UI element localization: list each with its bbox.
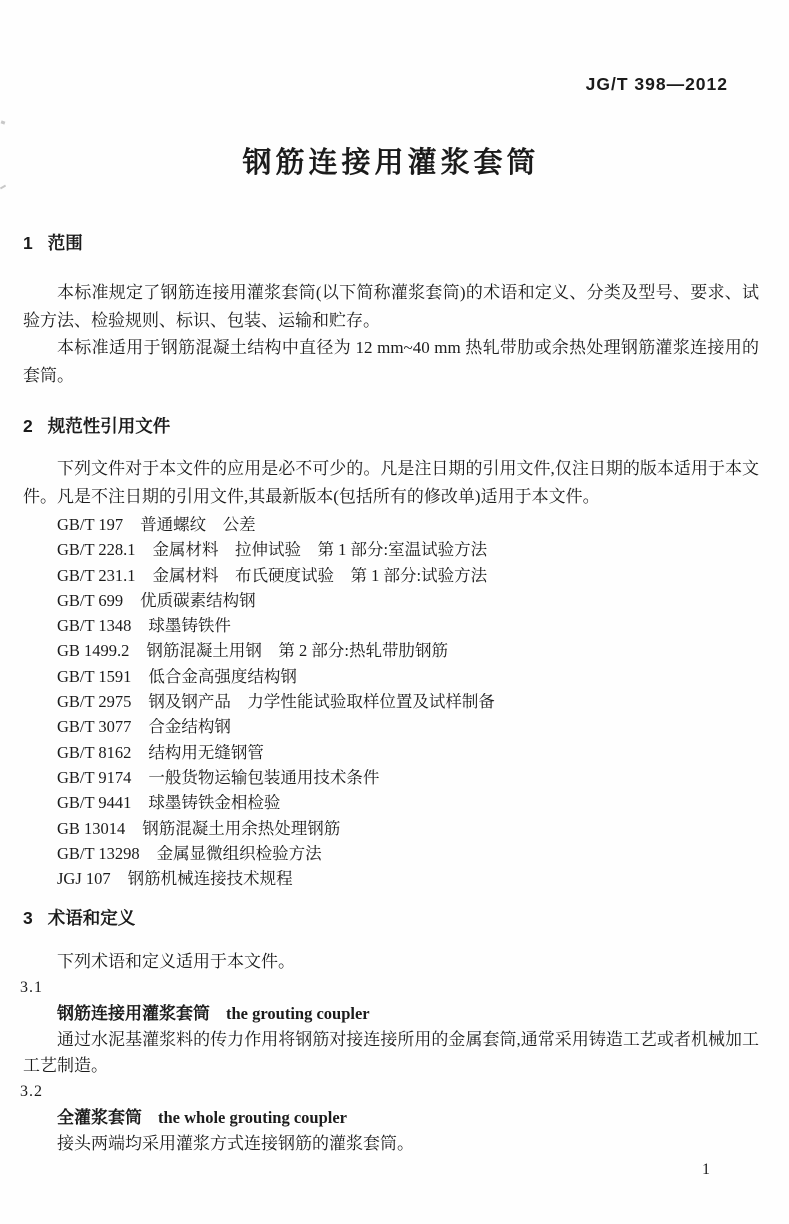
document-title: 钢筋连接用灌浆套筒: [23, 142, 759, 184]
reference-code: GB 13014: [57, 819, 125, 838]
section-terms-definitions: 3术语和定义 下列术语和定义适用于本文件。 3.1 钢筋连接用灌浆套筒the g…: [23, 907, 759, 1157]
page-number: 1: [23, 1157, 759, 1183]
section-number: 1: [23, 233, 33, 253]
section-title: 术语和定义: [48, 908, 136, 928]
reference-item: GB/T 2975钢及钢产品 力学性能试验取样位置及试样制备: [23, 689, 759, 714]
reference-item: GB/T 8162结构用无缝钢管: [23, 740, 759, 765]
term-line: 全灌浆套筒the whole grouting coupler: [23, 1105, 759, 1131]
section-heading-scope: 1范围: [23, 232, 759, 254]
scan-artifact: [1, 120, 6, 124]
reference-item: GB/T 1348球墨铸铁件: [23, 613, 759, 638]
section-scope: 1范围 本标准规定了钢筋连接用灌浆套筒(以下简称灌浆套筒)的术语和定义、分类及型…: [23, 232, 759, 389]
reference-item: GB/T 228.1金属材料 拉伸试验 第 1 部分:室温试验方法: [23, 537, 759, 562]
reference-code: GB/T 2975: [57, 692, 131, 711]
reference-code: GB/T 699: [57, 591, 123, 610]
term-number: 3.1: [20, 975, 759, 1001]
section-number: 2: [23, 416, 33, 436]
reference-title: 金属材料 拉伸试验 第 1 部分:室温试验方法: [153, 540, 488, 559]
reference-code: GB/T 1348: [57, 616, 131, 635]
scope-paragraph-2: 本标准适用于钢筋混凝土结构中直径为 12 mm~40 mm 热轧带肋或余热处理钢…: [23, 334, 759, 389]
reference-title: 普通螺纹 公差: [140, 515, 256, 534]
reference-title: 金属材料 布氏硬度试验 第 1 部分:试验方法: [153, 566, 488, 585]
reference-item: GB 1499.2钢筋混凝土用钢 第 2 部分:热轧带肋钢筋: [23, 638, 759, 663]
reference-title: 合金结构钢: [148, 717, 231, 736]
reference-item: GB/T 9441球墨铸铁金相检验: [23, 790, 759, 815]
scan-artifact: [0, 185, 6, 190]
reference-item: GB/T 9174一般货物运输包装通用技术条件: [23, 765, 759, 790]
reference-title: 球墨铸铁金相检验: [148, 793, 280, 812]
scope-paragraph-1: 本标准规定了钢筋连接用灌浆套筒(以下简称灌浆套筒)的术语和定义、分类及型号、要求…: [23, 279, 759, 334]
reference-title: 金属显微组织检验方法: [157, 844, 322, 863]
document-page: JG/T 398—2012 钢筋连接用灌浆套筒 1范围 本标准规定了钢筋连接用灌…: [0, 0, 789, 1224]
reference-code: GB/T 9174: [57, 768, 131, 787]
reference-code: GB/T 9441: [57, 793, 131, 812]
reference-title: 钢筋混凝土用余热处理钢筋: [142, 819, 340, 838]
section-heading-terms: 3术语和定义: [23, 907, 759, 929]
reference-title: 钢及钢产品 力学性能试验取样位置及试样制备: [148, 692, 495, 711]
term-english: the whole grouting coupler: [158, 1108, 347, 1127]
reference-title: 结构用无缝钢管: [148, 743, 264, 762]
term-chinese: 钢筋连接用灌浆套筒: [57, 1004, 210, 1023]
section-title: 范围: [48, 233, 83, 253]
section-normative-references: 2规范性引用文件 下列文件对于本文件的应用是必不可少的。凡是注日期的引用文件,仅…: [23, 415, 759, 891]
reference-code: GB/T 231.1: [57, 566, 136, 585]
term-entry: 3.1 钢筋连接用灌浆套筒the grouting coupler 通过水泥基灌…: [23, 975, 759, 1079]
term-entry: 3.2 全灌浆套筒the whole grouting coupler 接头两端…: [23, 1079, 759, 1157]
reference-item: GB/T 231.1金属材料 布氏硬度试验 第 1 部分:试验方法: [23, 563, 759, 588]
reference-item: GB/T 1591低合金高强度结构钢: [23, 664, 759, 689]
term-definition: 接头两端均采用灌浆方式连接钢筋的灌浆套筒。: [23, 1131, 759, 1157]
standard-code: JG/T 398—2012: [23, 74, 759, 94]
reference-title: 低合金高强度结构钢: [148, 667, 297, 686]
reference-item: GB 13014钢筋混凝土用余热处理钢筋: [23, 816, 759, 841]
reference-code: JGJ 107: [57, 869, 111, 888]
reference-title: 钢筋混凝土用钢 第 2 部分:热轧带肋钢筋: [146, 641, 448, 660]
reference-item: GB/T 13298金属显微组织检验方法: [23, 841, 759, 866]
reference-title: 优质碳素结构钢: [140, 591, 256, 610]
terms-intro: 下列术语和定义适用于本文件。: [23, 949, 759, 975]
reference-code: GB/T 228.1: [57, 540, 136, 559]
reference-item: GB/T 699优质碳素结构钢: [23, 588, 759, 613]
term-line: 钢筋连接用灌浆套筒the grouting coupler: [23, 1001, 759, 1027]
section-heading-references: 2规范性引用文件: [23, 415, 759, 437]
reference-code: GB/T 3077: [57, 717, 131, 736]
term-english: the grouting coupler: [226, 1004, 370, 1023]
term-number: 3.2: [20, 1079, 759, 1105]
reference-title: 钢筋机械连接技术规程: [128, 869, 293, 888]
reference-code: GB/T 197: [57, 515, 123, 534]
reference-code: GB/T 8162: [57, 743, 131, 762]
references-intro: 下列文件对于本文件的应用是必不可少的。凡是注日期的引用文件,仅注日期的版本适用于…: [23, 455, 759, 510]
reference-code: GB 1499.2: [57, 641, 129, 660]
section-title: 规范性引用文件: [48, 416, 171, 436]
term-definition: 通过水泥基灌浆料的传力作用将钢筋对接连接所用的金属套筒,通常采用铸造工艺或者机械…: [23, 1027, 759, 1079]
reference-code: GB/T 1591: [57, 667, 131, 686]
term-chinese: 全灌浆套筒: [57, 1108, 142, 1127]
reference-code: GB/T 13298: [57, 844, 140, 863]
reference-list: GB/T 197普通螺纹 公差 GB/T 228.1金属材料 拉伸试验 第 1 …: [23, 512, 759, 891]
reference-item: GB/T 3077合金结构钢: [23, 714, 759, 739]
section-number: 3: [23, 908, 33, 928]
reference-item: GB/T 197普通螺纹 公差: [23, 512, 759, 537]
reference-title: 球墨铸铁件: [148, 616, 231, 635]
reference-item: JGJ 107钢筋机械连接技术规程: [23, 866, 759, 891]
reference-title: 一般货物运输包装通用技术条件: [148, 768, 379, 787]
